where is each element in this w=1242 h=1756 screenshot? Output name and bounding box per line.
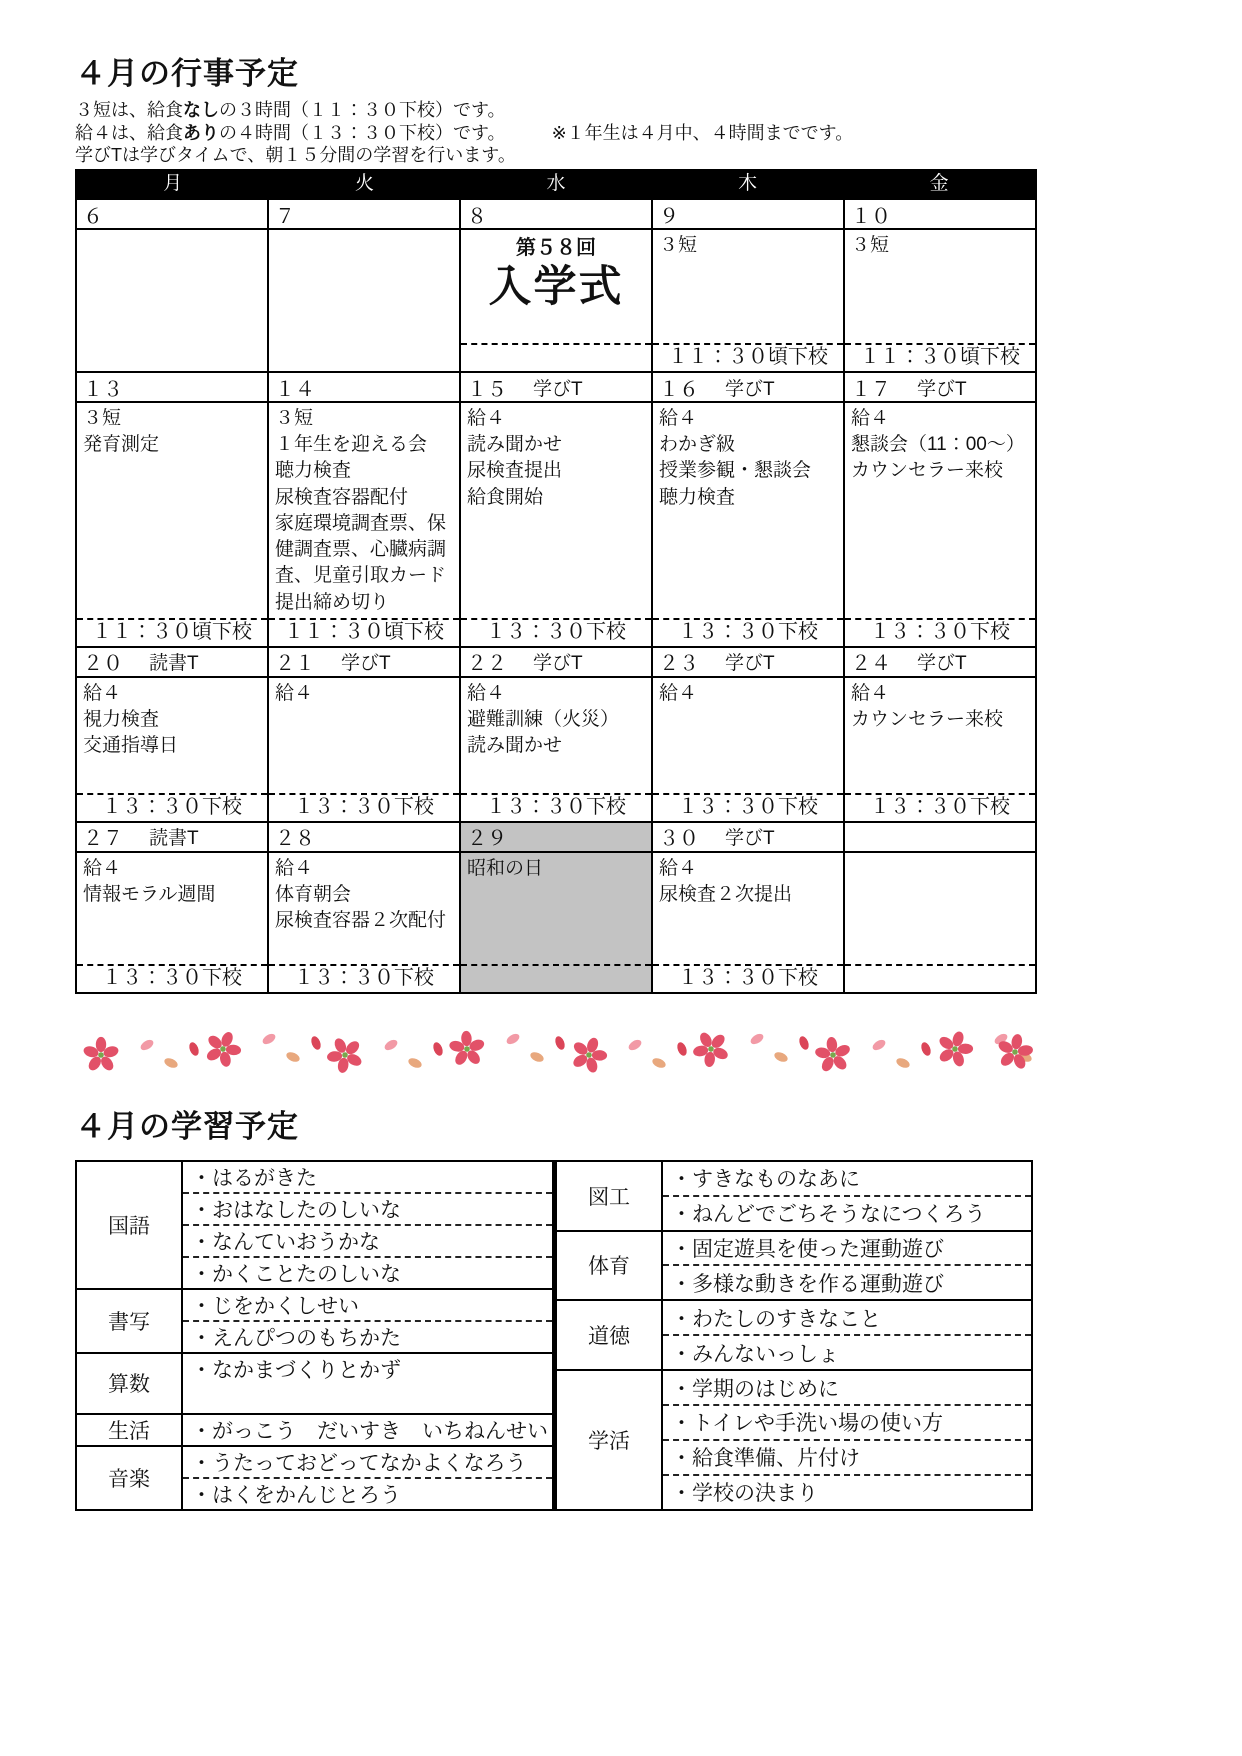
event-line: 情報モラル週間 bbox=[83, 882, 261, 908]
calendar-day-cell: ２７読書T給４情報モラル週間１３：３０下校 bbox=[77, 823, 269, 992]
sakura-petal-icon bbox=[627, 1037, 643, 1052]
day-time-label: 学びT bbox=[341, 648, 391, 675]
study-row: 道徳・わたしのすきなこと bbox=[556, 1300, 1033, 1335]
sakura-petal-icon bbox=[797, 1035, 810, 1051]
dismissal-time bbox=[77, 345, 267, 371]
calendar-day-cell: １５学びT給４読み聞かせ尿検査提出給食開始１３：３０下校 bbox=[461, 373, 653, 646]
study-subject: 生活 bbox=[76, 1414, 182, 1446]
dismissal-time: １３：３０下校 bbox=[653, 964, 843, 992]
dismissal-time bbox=[269, 345, 459, 371]
calendar-day-cell bbox=[845, 823, 1035, 992]
event-line: 尿検査提出 bbox=[467, 458, 645, 484]
intro-line-3: 学びTは学びタイムで、朝１５分間の学習を行います。 bbox=[75, 144, 1037, 167]
event-line: ３短 bbox=[275, 406, 453, 432]
dismissal-time: １１：３０頃下校 bbox=[653, 343, 843, 371]
event-line: １年生を迎える会 bbox=[275, 432, 453, 458]
event-line: ３短 bbox=[659, 233, 837, 259]
day-time-label: 学びT bbox=[725, 374, 775, 401]
day-date-row: １７学びT bbox=[845, 373, 1035, 403]
study-tables: 国語・はるがきた・おはなしたのしいな・なんていおうかな・かくことたのしいな書写・… bbox=[75, 1160, 1033, 1511]
sakura-flower-icon bbox=[199, 1025, 248, 1073]
day-events: 給４ bbox=[653, 678, 843, 793]
sakura-petal-icon bbox=[773, 1050, 789, 1063]
study-row: 図工・すきなものなあに bbox=[556, 1161, 1033, 1196]
sakura-flowers bbox=[82, 1024, 1033, 1080]
day-date-row: ８ bbox=[461, 200, 651, 230]
study-item: ・がっこう だいすき いちねんせい bbox=[182, 1414, 553, 1446]
dismissal-time: １３：３０下校 bbox=[653, 793, 843, 821]
event-line: 給４ bbox=[659, 681, 837, 707]
event-line: 避難訓練（火災） bbox=[467, 707, 645, 733]
day-date-row: ２２学びT bbox=[461, 648, 651, 678]
study-item: ・なかまづくりとかず bbox=[182, 1353, 553, 1384]
weekday-mon: 月 bbox=[77, 171, 269, 198]
day-number: ２１ bbox=[275, 647, 341, 676]
sakura-flower-icon bbox=[571, 1035, 608, 1074]
sakura-petal-icon bbox=[309, 1035, 322, 1051]
day-events bbox=[845, 853, 1035, 964]
day-number: ９ bbox=[659, 200, 725, 229]
calendar-week: １３３短発育測定１１：３０頃下校１４３短１年生を迎える会聴力検査尿検査容器配付家… bbox=[77, 371, 1035, 646]
dismissal-time: １３：３０下校 bbox=[845, 618, 1035, 646]
dismissal-time: １３：３０下校 bbox=[77, 793, 267, 821]
dismissal-time bbox=[461, 343, 651, 371]
calendar-day-cell: ２０読書T給４視力検査交通指導日１３：３０下校 bbox=[77, 648, 269, 821]
dismissal-time: １１：３０頃下校 bbox=[845, 343, 1035, 371]
weekday-thu: 木 bbox=[652, 171, 844, 198]
day-number: ２２ bbox=[467, 647, 533, 676]
day-events: 給４体育朝会尿検査容器２次配付 bbox=[269, 853, 459, 964]
sakura-petal-icon bbox=[431, 1041, 444, 1057]
calendar-day-cell: １７学びT給４懇談会（11：00～）カウンセラー来校１３：３０下校 bbox=[845, 373, 1035, 646]
event-line: 聴力検査 bbox=[275, 458, 453, 484]
day-number: ３０ bbox=[659, 822, 725, 851]
day-date-row: １６学びT bbox=[653, 373, 843, 403]
event-line: ３短 bbox=[83, 406, 261, 432]
day-events: 給４カウンセラー来校 bbox=[845, 678, 1035, 793]
dismissal-time: １１：３０頃下校 bbox=[77, 618, 267, 646]
day-date-row: ２８ bbox=[269, 823, 459, 853]
study-item: ・固定遊具を使った運動遊び bbox=[662, 1231, 1032, 1266]
day-time-label: 学びT bbox=[917, 374, 967, 401]
day-events: ３短発育測定 bbox=[77, 403, 267, 618]
day-date-row: ２３学びT bbox=[653, 648, 843, 678]
day-events bbox=[269, 230, 459, 345]
day-events: 給４わかぎ級授業参観・懇談会聴力検査 bbox=[653, 403, 843, 618]
day-time-label: 読書T bbox=[149, 648, 199, 675]
sakura-petal-icon bbox=[895, 1056, 911, 1069]
study-item: ・すきなものなあに bbox=[662, 1161, 1032, 1196]
event-line: 体育朝会 bbox=[275, 882, 453, 908]
study-table-right: 図工・すきなものなあに・ねんどでごちそうなにつくろう体育・固定遊具を使った運動遊… bbox=[554, 1160, 1033, 1511]
calendar-day-cell: ９３短１１：３０頃下校 bbox=[653, 200, 845, 371]
study-item: ・うたっておどってなかよくなろう bbox=[182, 1446, 553, 1478]
event-line: 尿検査容器２次配付 bbox=[275, 908, 453, 934]
sakura-petal-icon bbox=[139, 1037, 155, 1052]
event-line: カウンセラー来校 bbox=[851, 707, 1029, 733]
day-events: 給４避難訓練（火災）読み聞かせ bbox=[461, 678, 651, 793]
study-item: ・はくをかんじとろう bbox=[182, 1478, 553, 1510]
day-number: ６ bbox=[83, 200, 149, 229]
day-number: ８ bbox=[467, 200, 533, 229]
document-page: ４月の行事予定 ３短は、給食なしの３時間（１１：３０下校）です。 給４は、給食あ… bbox=[75, 48, 1037, 1511]
study-item: ・じをかくしせい bbox=[182, 1289, 553, 1321]
sakura-petal-icon bbox=[285, 1050, 301, 1063]
event-line: 発育測定 bbox=[83, 432, 261, 458]
event-line: 給４ bbox=[851, 681, 1029, 707]
dismissal-time: １３：３０下校 bbox=[269, 793, 459, 821]
calendar-day-cell: ２９昭和の日 bbox=[461, 823, 653, 992]
calendar-day-cell: １６学びT給４わかぎ級授業参観・懇談会聴力検査１３：３０下校 bbox=[653, 373, 845, 646]
study-item: ・なんていおうかな bbox=[182, 1225, 553, 1257]
sakura-flower-icon bbox=[687, 1024, 735, 1073]
event-line: 給４ bbox=[83, 856, 261, 882]
day-number: １３ bbox=[83, 373, 149, 402]
event-line: 読み聞かせ bbox=[467, 733, 645, 759]
day-date-row: １４ bbox=[269, 373, 459, 403]
study-row: 体育・固定遊具を使った運動遊び bbox=[556, 1231, 1033, 1266]
study-subject: 道徳 bbox=[556, 1300, 663, 1370]
sakura-flower-icon bbox=[931, 1026, 978, 1072]
study-item: ・えんぴつのもちかた bbox=[182, 1321, 553, 1353]
sakura-petal-icon bbox=[383, 1037, 399, 1052]
event-line: 給食開始 bbox=[467, 485, 645, 511]
dismissal-time bbox=[461, 964, 651, 992]
study-item: ・みんないっしょ bbox=[662, 1335, 1032, 1370]
study-item: ・給食準備、片付け bbox=[662, 1440, 1032, 1475]
study-row: 学活・学期のはじめに bbox=[556, 1370, 1033, 1405]
day-events: 第５８回入学式 bbox=[461, 230, 651, 343]
day-time-label: 学びT bbox=[533, 648, 583, 675]
sakura-petal-icon bbox=[261, 1031, 277, 1046]
study-item: ・ねんどでごちそうなにつくろう bbox=[662, 1196, 1032, 1231]
sakura-divider bbox=[75, 1024, 1033, 1080]
event-line: 読み聞かせ bbox=[467, 432, 645, 458]
intro-note: ※１年生は４月中、４時間までです。 bbox=[552, 123, 854, 143]
day-number: ２９ bbox=[467, 822, 533, 851]
calendar-weeks: ６７８第５８回入学式９３短１１：３０頃下校１０３短１１：３０頃下校１３３短発育測… bbox=[77, 198, 1035, 992]
event-line: 給４ bbox=[851, 406, 1029, 432]
calendar-day-cell: ２３学びT給４１３：３０下校 bbox=[653, 648, 845, 821]
study-row: 国語・はるがきた bbox=[76, 1161, 553, 1193]
day-time-label: 学びT bbox=[533, 374, 583, 401]
ceremony-subtitle: 第５８回 bbox=[467, 235, 645, 263]
study-subject: 図工 bbox=[556, 1161, 663, 1231]
sakura-petal-icon bbox=[163, 1056, 179, 1069]
sakura-petal-icon bbox=[187, 1041, 200, 1057]
calendar-day-cell: ２１学びT給４１３：３０下校 bbox=[269, 648, 461, 821]
event-line: 給４ bbox=[275, 681, 453, 707]
calendar-week: ６７８第５８回入学式９３短１１：３０頃下校１０３短１１：３０頃下校 bbox=[77, 198, 1035, 371]
study-title: ４月の学習予定 bbox=[75, 1101, 1037, 1146]
event-line: カウンセラー来校 bbox=[851, 458, 1029, 484]
day-events: 昭和の日 bbox=[461, 853, 651, 964]
day-number: ２８ bbox=[275, 822, 341, 851]
study-item: ・わたしのすきなこと bbox=[662, 1300, 1032, 1335]
study-item: ・学期のはじめに bbox=[662, 1370, 1032, 1405]
day-date-row: ２１学びT bbox=[269, 648, 459, 678]
day-events: ３短１年生を迎える会聴力検査尿検査容器配付家庭環境調査票、保健調査票、心臓病調査… bbox=[269, 403, 459, 618]
day-date-row: ９ bbox=[653, 200, 843, 230]
dismissal-time bbox=[845, 964, 1035, 992]
day-date-row: ２４学びT bbox=[845, 648, 1035, 678]
sakura-flower-icon bbox=[319, 1029, 371, 1080]
calendar-day-cell: １３３短発育測定１１：３０頃下校 bbox=[77, 373, 269, 646]
day-date-row: ２７読書T bbox=[77, 823, 267, 853]
calendar-week: ２０読書T給４視力検査交通指導日１３：３０下校２１学びT給４１３：３０下校２２学… bbox=[77, 646, 1035, 821]
day-date-row: ２０読書T bbox=[77, 648, 267, 678]
sakura-petal-icon bbox=[651, 1056, 667, 1069]
day-number: １５ bbox=[467, 373, 533, 402]
sakura-flower-icon bbox=[807, 1029, 859, 1080]
calendar-week: ２７読書T給４情報モラル週間１３：３０下校２８給４体育朝会尿検査容器２次配付１３… bbox=[77, 821, 1035, 992]
event-line: 家庭環境調査票、保健調査票、心臓病調査、児童引取カード提出締め切り bbox=[275, 511, 453, 616]
study-item bbox=[182, 1384, 553, 1414]
day-number: ２０ bbox=[83, 647, 149, 676]
calendar-day-cell: １０３短１１：３０頃下校 bbox=[845, 200, 1035, 371]
calendar-day-cell: ２８給４体育朝会尿検査容器２次配付１３：３０下校 bbox=[269, 823, 461, 992]
day-events: 給４尿検査２次提出 bbox=[653, 853, 843, 964]
day-time-label: 学びT bbox=[725, 823, 775, 850]
study-item: ・学校の決まり bbox=[662, 1475, 1032, 1510]
study-item: ・トイレや手洗い場の使い方 bbox=[662, 1405, 1032, 1440]
calendar-day-cell: ２４学びT給４カウンセラー来校１３：３０下校 bbox=[845, 648, 1035, 821]
weekday-tue: 火 bbox=[269, 171, 461, 198]
study-item: ・多様な動きを作る運動遊び bbox=[662, 1265, 1032, 1300]
study-row: 音楽・うたっておどってなかよくなろう bbox=[76, 1446, 553, 1478]
study-row: 書写・じをかくしせい bbox=[76, 1289, 553, 1321]
event-line: 交通指導日 bbox=[83, 733, 261, 759]
day-events bbox=[77, 230, 267, 345]
sakura-petal-icon bbox=[407, 1056, 423, 1069]
study-item: ・おはなしたのしいな bbox=[182, 1193, 553, 1225]
dismissal-time: １３：３０下校 bbox=[269, 964, 459, 992]
sakura-flower-icon bbox=[82, 1037, 120, 1073]
day-time-label: 学びT bbox=[917, 648, 967, 675]
sakura-petal-icon bbox=[553, 1035, 566, 1051]
study-table-left: 国語・はるがきた・おはなしたのしいな・なんていおうかな・かくことたのしいな書写・… bbox=[75, 1160, 554, 1511]
study-item: ・かくことたのしいな bbox=[182, 1257, 553, 1289]
day-number: ２４ bbox=[851, 647, 917, 676]
study-row: 生活・がっこう だいすき いちねんせい bbox=[76, 1414, 553, 1446]
day-date-row: ６ bbox=[77, 200, 267, 230]
event-line: わかぎ級 bbox=[659, 432, 837, 458]
event-line: 昭和の日 bbox=[467, 856, 645, 882]
day-date-row: ２９ bbox=[461, 823, 651, 853]
calendar-day-cell: ８第５８回入学式 bbox=[461, 200, 653, 371]
study-subject: 書写 bbox=[76, 1289, 182, 1353]
day-time-label: 学びT bbox=[725, 648, 775, 675]
calendar-day-cell: ２２学びT給４避難訓練（火災）読み聞かせ１３：３０下校 bbox=[461, 648, 653, 821]
sakura-petal-icon bbox=[675, 1041, 688, 1057]
event-line: 授業参観・懇談会 bbox=[659, 458, 837, 484]
dismissal-time: １３：３０下校 bbox=[653, 618, 843, 646]
calendar-day-cell: １４３短１年生を迎える会聴力検査尿検査容器配付家庭環境調査票、保健調査票、心臓病… bbox=[269, 373, 461, 646]
event-line: 給４ bbox=[83, 681, 261, 707]
day-date-row: １３ bbox=[77, 373, 267, 403]
events-intro: ３短は、給食なしの３時間（１１：３０下校）です。 給４は、給食ありの４時間（１３… bbox=[75, 99, 1037, 167]
event-line: 給４ bbox=[467, 406, 645, 432]
day-number: １６ bbox=[659, 373, 725, 402]
event-line: 給４ bbox=[467, 681, 645, 707]
day-number: ２３ bbox=[659, 647, 725, 676]
day-number: １７ bbox=[851, 373, 917, 402]
event-line: 給４ bbox=[659, 406, 837, 432]
day-date-row bbox=[845, 823, 1035, 853]
dismissal-time: １１：３０頃下校 bbox=[269, 618, 459, 646]
day-events: 給４視力検査交通指導日 bbox=[77, 678, 267, 793]
study-row: 算数・なかまづくりとかず bbox=[76, 1353, 553, 1384]
dismissal-time: １３：３０下校 bbox=[845, 793, 1035, 821]
study-subject: 体育 bbox=[556, 1231, 663, 1301]
ceremony-title: 入学式 bbox=[467, 263, 645, 312]
intro-line-2: 給４は、給食ありの４時間（１３：３０下校）です。※１年生は４月中、４時間までです… bbox=[75, 122, 1037, 145]
study-item: ・はるがきた bbox=[182, 1161, 553, 1193]
day-events: 給４読み聞かせ尿検査提出給食開始 bbox=[461, 403, 651, 618]
dismissal-time: １３：３０下校 bbox=[461, 618, 651, 646]
day-number: ７ bbox=[275, 200, 341, 229]
event-line: 視力検査 bbox=[83, 707, 261, 733]
study-subject: 算数 bbox=[76, 1353, 182, 1414]
day-events: 給４情報モラル週間 bbox=[77, 853, 267, 964]
calendar-weekday-header: 月 火 水 木 金 bbox=[77, 171, 1035, 198]
event-line: 給４ bbox=[275, 856, 453, 882]
event-line: 聴力検査 bbox=[659, 485, 837, 511]
study-subject: 国語 bbox=[76, 1161, 182, 1289]
day-events: 給４懇談会（11：00～）カウンセラー来校 bbox=[845, 403, 1035, 618]
day-events: 給４ bbox=[269, 678, 459, 793]
study-subject: 音楽 bbox=[76, 1446, 182, 1510]
day-date-row: ３０学びT bbox=[653, 823, 843, 853]
events-title: ４月の行事予定 bbox=[75, 48, 1037, 93]
weekday-wed: 水 bbox=[460, 171, 652, 198]
day-date-row: ７ bbox=[269, 200, 459, 230]
dismissal-time: １３：３０下校 bbox=[461, 793, 651, 821]
day-date-row: １５学びT bbox=[461, 373, 651, 403]
day-number: １４ bbox=[275, 373, 341, 402]
sakura-petal-icon bbox=[919, 1041, 932, 1057]
day-events: ３短 bbox=[845, 230, 1035, 343]
calendar-day-cell: ７ bbox=[269, 200, 461, 371]
event-line: ３短 bbox=[851, 233, 1029, 259]
calendar-day-cell: ６ bbox=[77, 200, 269, 371]
intro-line-1: ３短は、給食なしの３時間（１１：３０下校）です。 bbox=[75, 99, 1037, 122]
day-time-label: 読書T bbox=[149, 823, 199, 850]
event-line: 懇談会（11：00～） bbox=[851, 432, 1029, 458]
sakura-petal-icon bbox=[505, 1031, 521, 1046]
sakura-petal-icon bbox=[871, 1037, 887, 1052]
dismissal-time: １３：３０下校 bbox=[77, 964, 267, 992]
sakura-petal-icon bbox=[749, 1031, 765, 1046]
sakura-petal-icon bbox=[529, 1050, 545, 1063]
weekday-fri: 金 bbox=[843, 171, 1035, 198]
events-calendar: 月 火 水 木 金 ６７８第５８回入学式９３短１１：３０頃下校１０３短１１：３０… bbox=[75, 169, 1037, 994]
day-date-row: １０ bbox=[845, 200, 1035, 230]
sakura-flower-icon bbox=[444, 1025, 491, 1073]
event-line: 尿検査容器配付 bbox=[275, 485, 453, 511]
event-line: 尿検査２次提出 bbox=[659, 882, 837, 908]
day-number: ２７ bbox=[83, 822, 149, 851]
calendar-day-cell: ３０学びT給４尿検査２次提出１３：３０下校 bbox=[653, 823, 845, 992]
study-subject: 学活 bbox=[556, 1370, 663, 1510]
event-line: 給４ bbox=[659, 856, 837, 882]
day-events: ３短 bbox=[653, 230, 843, 343]
day-number: １０ bbox=[851, 200, 917, 229]
